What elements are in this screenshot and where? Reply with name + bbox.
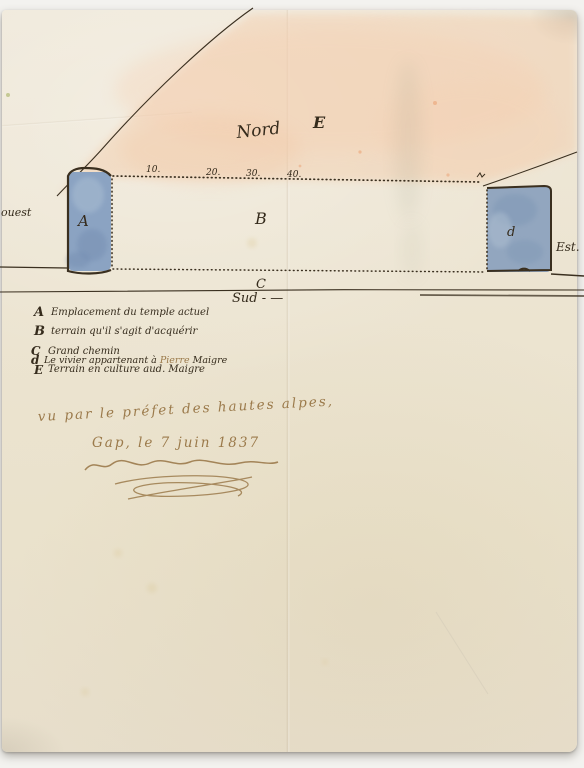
legend-key-b: B [33, 324, 45, 339]
label-ouest: ouest [1, 206, 32, 219]
road-north-edge-left [0, 267, 67, 268]
signature-paraph [115, 476, 252, 499]
scratch-line [436, 612, 488, 694]
photo-background: Nord E ouest Est. Sud - — A B C d 10. 20… [0, 0, 584, 768]
legend-key-e: E [33, 363, 44, 377]
legend-key-a: A [32, 305, 44, 320]
zone-label-d: d [507, 225, 515, 240]
parcel-a [66, 168, 112, 274]
zone-label-e: E [312, 113, 326, 132]
legend-text-b: terrain qu'il s'agit d'acquérir [51, 326, 199, 337]
road-south-edge-heavy [420, 295, 584, 296]
signature-flourish [85, 460, 278, 470]
legend-text-e: Terrain en culture aud. Maigre [48, 364, 205, 375]
approval-line1: vu par le préfet des hautes alpes, [37, 393, 334, 424]
legend-text-a: Emplacement du temple actuel [50, 307, 209, 318]
approval-note: vu par le préfet des hautes alpes, Gap, … [37, 393, 334, 499]
parcel-d [487, 186, 551, 272]
zone-label-c: C [256, 277, 266, 292]
scale-tick-10: 10. [146, 165, 160, 175]
road-north-edge-dotted [113, 269, 486, 272]
road-south-edge [0, 290, 584, 292]
approval-line2: Gap, le 7 juin 1837 [92, 435, 260, 451]
stain-streak [394, 60, 422, 280]
zone-label-a: A [76, 212, 89, 230]
plan-drawing: Nord E ouest Est. Sud - — A B C d 10. 20… [0, 0, 584, 768]
label-sud: Sud - — [232, 291, 283, 306]
scale-tick-20: 20. [205, 168, 220, 178]
legend: A Emplacement du temple actuel B terrain… [31, 305, 228, 377]
scale-tick-40: 40. [286, 170, 301, 180]
road-north-edge-right [551, 274, 584, 276]
scale-tick-30: 30. [246, 169, 260, 179]
zone-label-b: B [254, 209, 267, 228]
peach-wash-zone-e [60, 14, 576, 194]
label-est: Est. [555, 240, 580, 254]
